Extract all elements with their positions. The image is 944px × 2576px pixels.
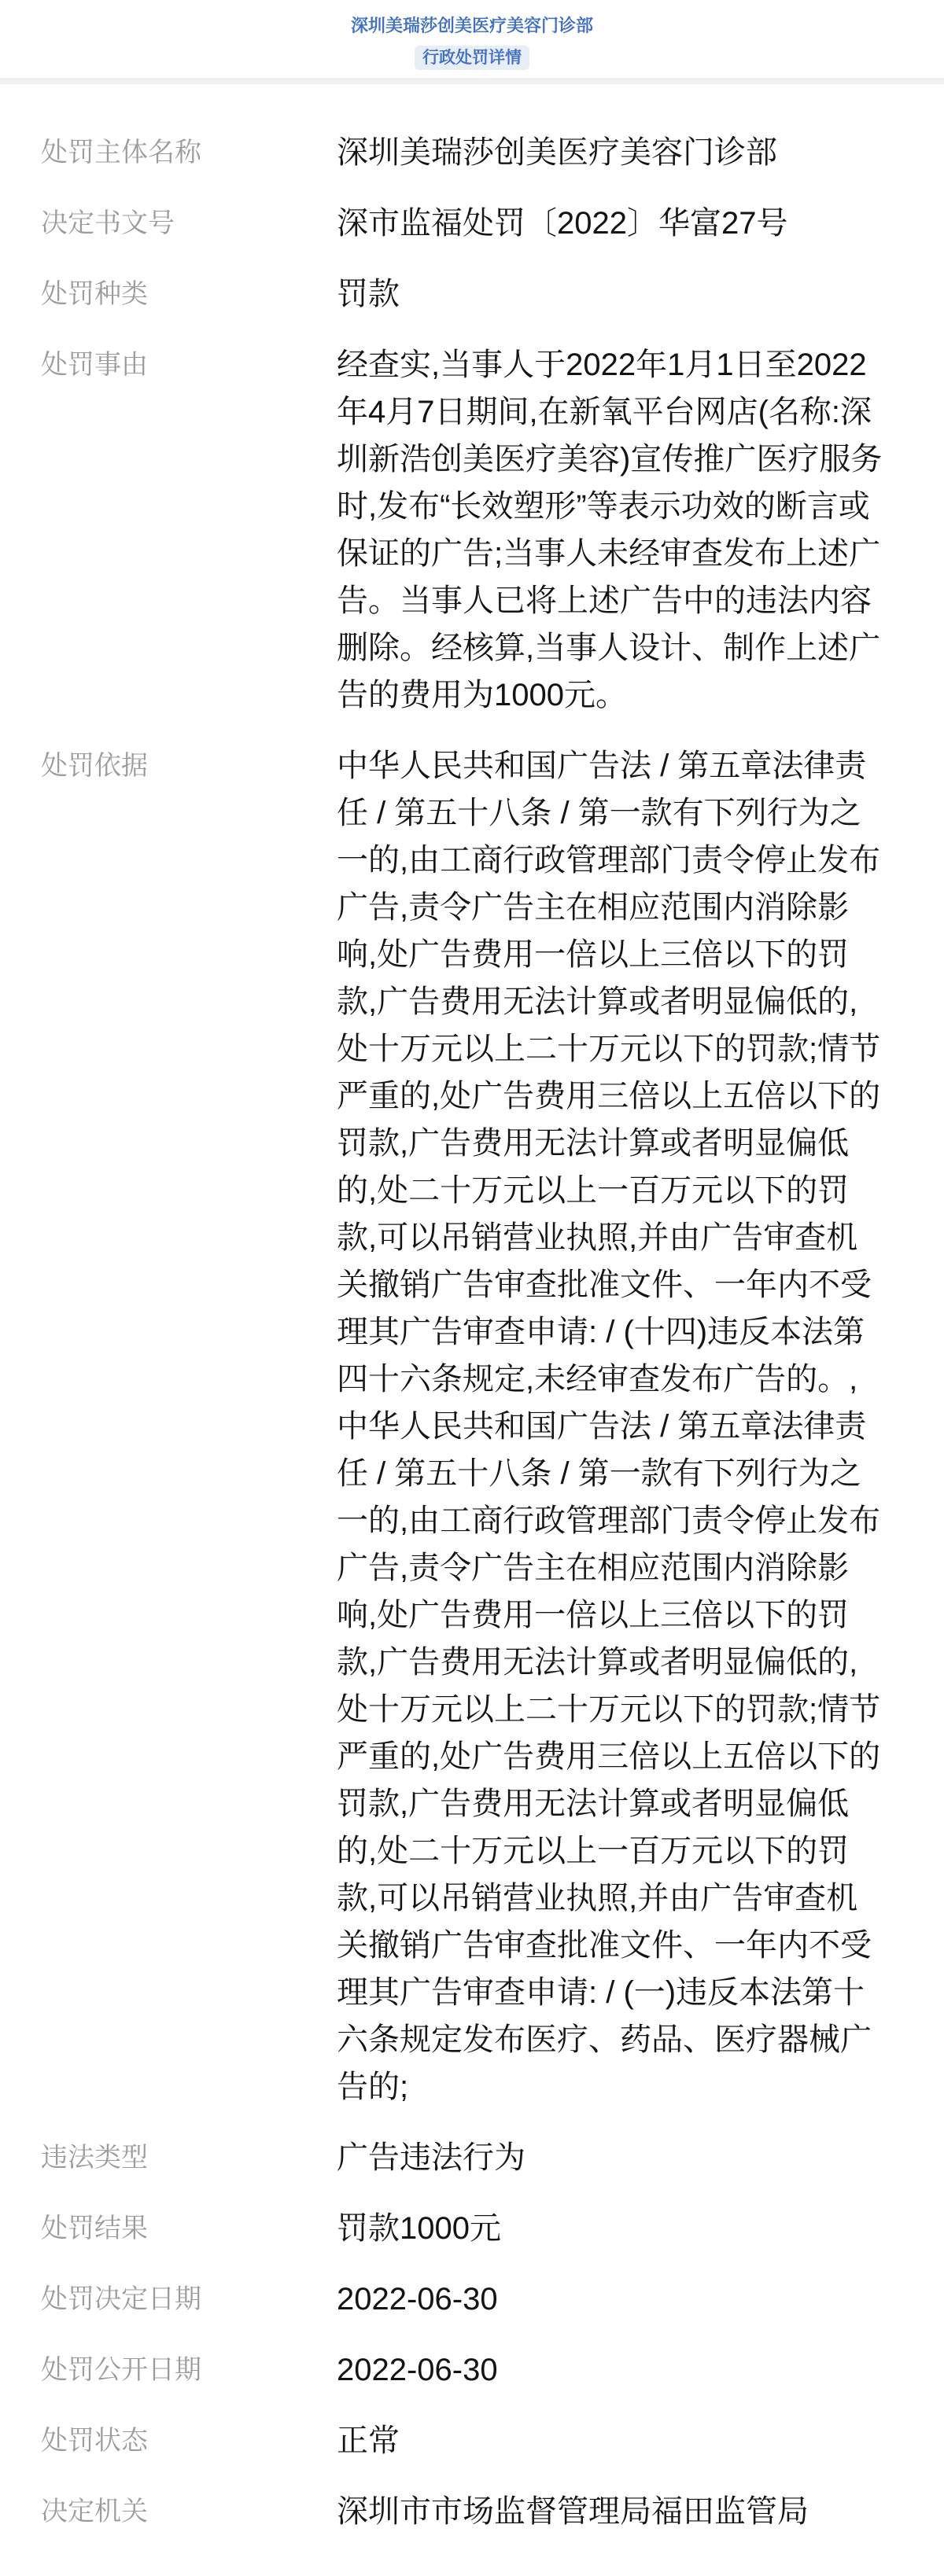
row-label: 处罚公开日期: [41, 2346, 337, 2394]
row-violation-type: 违法类型 广告违法行为: [41, 2134, 887, 2181]
row-label: 处罚事由: [41, 341, 337, 388]
row-value: 经查实,当事人于2022年1月1日至2022年4月7日期间,在新氧平台网店(名称…: [337, 341, 887, 719]
row-value: 罚款: [337, 270, 887, 318]
row-value: 深市监福处罚〔2022〕华富27号: [337, 200, 887, 247]
row-value: 正常: [337, 2417, 887, 2464]
row-decision-authority: 决定机关 深圳市市场监督管理局福田监管局: [41, 2488, 887, 2535]
row-label: 处罚依据: [41, 742, 337, 789]
row-penalty-reason: 处罚事由 经查实,当事人于2022年1月1日至2022年4月7日期间,在新氧平台…: [41, 341, 887, 719]
row-penalty-result: 处罚结果 罚款1000元: [41, 2205, 887, 2252]
header-divider: [0, 78, 944, 84]
row-label: 处罚结果: [41, 2205, 337, 2252]
row-label: 违法类型: [41, 2134, 337, 2181]
row-label: 处罚种类: [41, 270, 337, 318]
row-value: 深圳美瑞莎创美医疗美容门诊部: [337, 129, 887, 176]
penalty-detail-title-badge: 行政处罚详情: [415, 46, 529, 70]
row-penalty-publish-date: 处罚公开日期 2022-06-30: [41, 2346, 887, 2394]
row-penalty-status: 处罚状态 正常: [41, 2417, 887, 2464]
row-label: 决定书文号: [41, 200, 337, 247]
row-decision-document-number: 决定书文号 深市监福处罚〔2022〕华富27号: [41, 200, 887, 247]
row-penalty-basis: 处罚依据 中华人民共和国广告法 / 第五章法律责任 / 第五十八条 / 第一款有…: [41, 742, 887, 2110]
page-header: 深圳美瑞莎创美医疗美容门诊部 行政处罚详情: [0, 0, 944, 70]
penalty-detail-list: 处罚主体名称 深圳美瑞莎创美医疗美容门诊部 决定书文号 深市监福处罚〔2022〕…: [0, 84, 944, 2574]
row-value: 广告违法行为: [337, 2134, 887, 2181]
row-label: 处罚状态: [41, 2417, 337, 2464]
row-value: 中华人民共和国广告法 / 第五章法律责任 / 第五十八条 / 第一款有下列行为之…: [337, 742, 887, 2110]
row-penalty-decision-date: 处罚决定日期 2022-06-30: [41, 2276, 887, 2323]
row-value: 2022-06-30: [337, 2276, 887, 2323]
row-label: 处罚主体名称: [41, 129, 337, 176]
company-name-link[interactable]: 深圳美瑞莎创美医疗美容门诊部: [351, 16, 593, 36]
row-value: 罚款1000元: [337, 2205, 887, 2252]
row-penalty-type: 处罚种类 罚款: [41, 270, 887, 318]
row-penalty-subject-name: 处罚主体名称 深圳美瑞莎创美医疗美容门诊部: [41, 129, 887, 176]
row-value: 2022-06-30: [337, 2346, 887, 2394]
row-value: 深圳市市场监督管理局福田监管局: [337, 2488, 887, 2535]
row-label: 决定机关: [41, 2488, 337, 2535]
row-label: 处罚决定日期: [41, 2276, 337, 2323]
